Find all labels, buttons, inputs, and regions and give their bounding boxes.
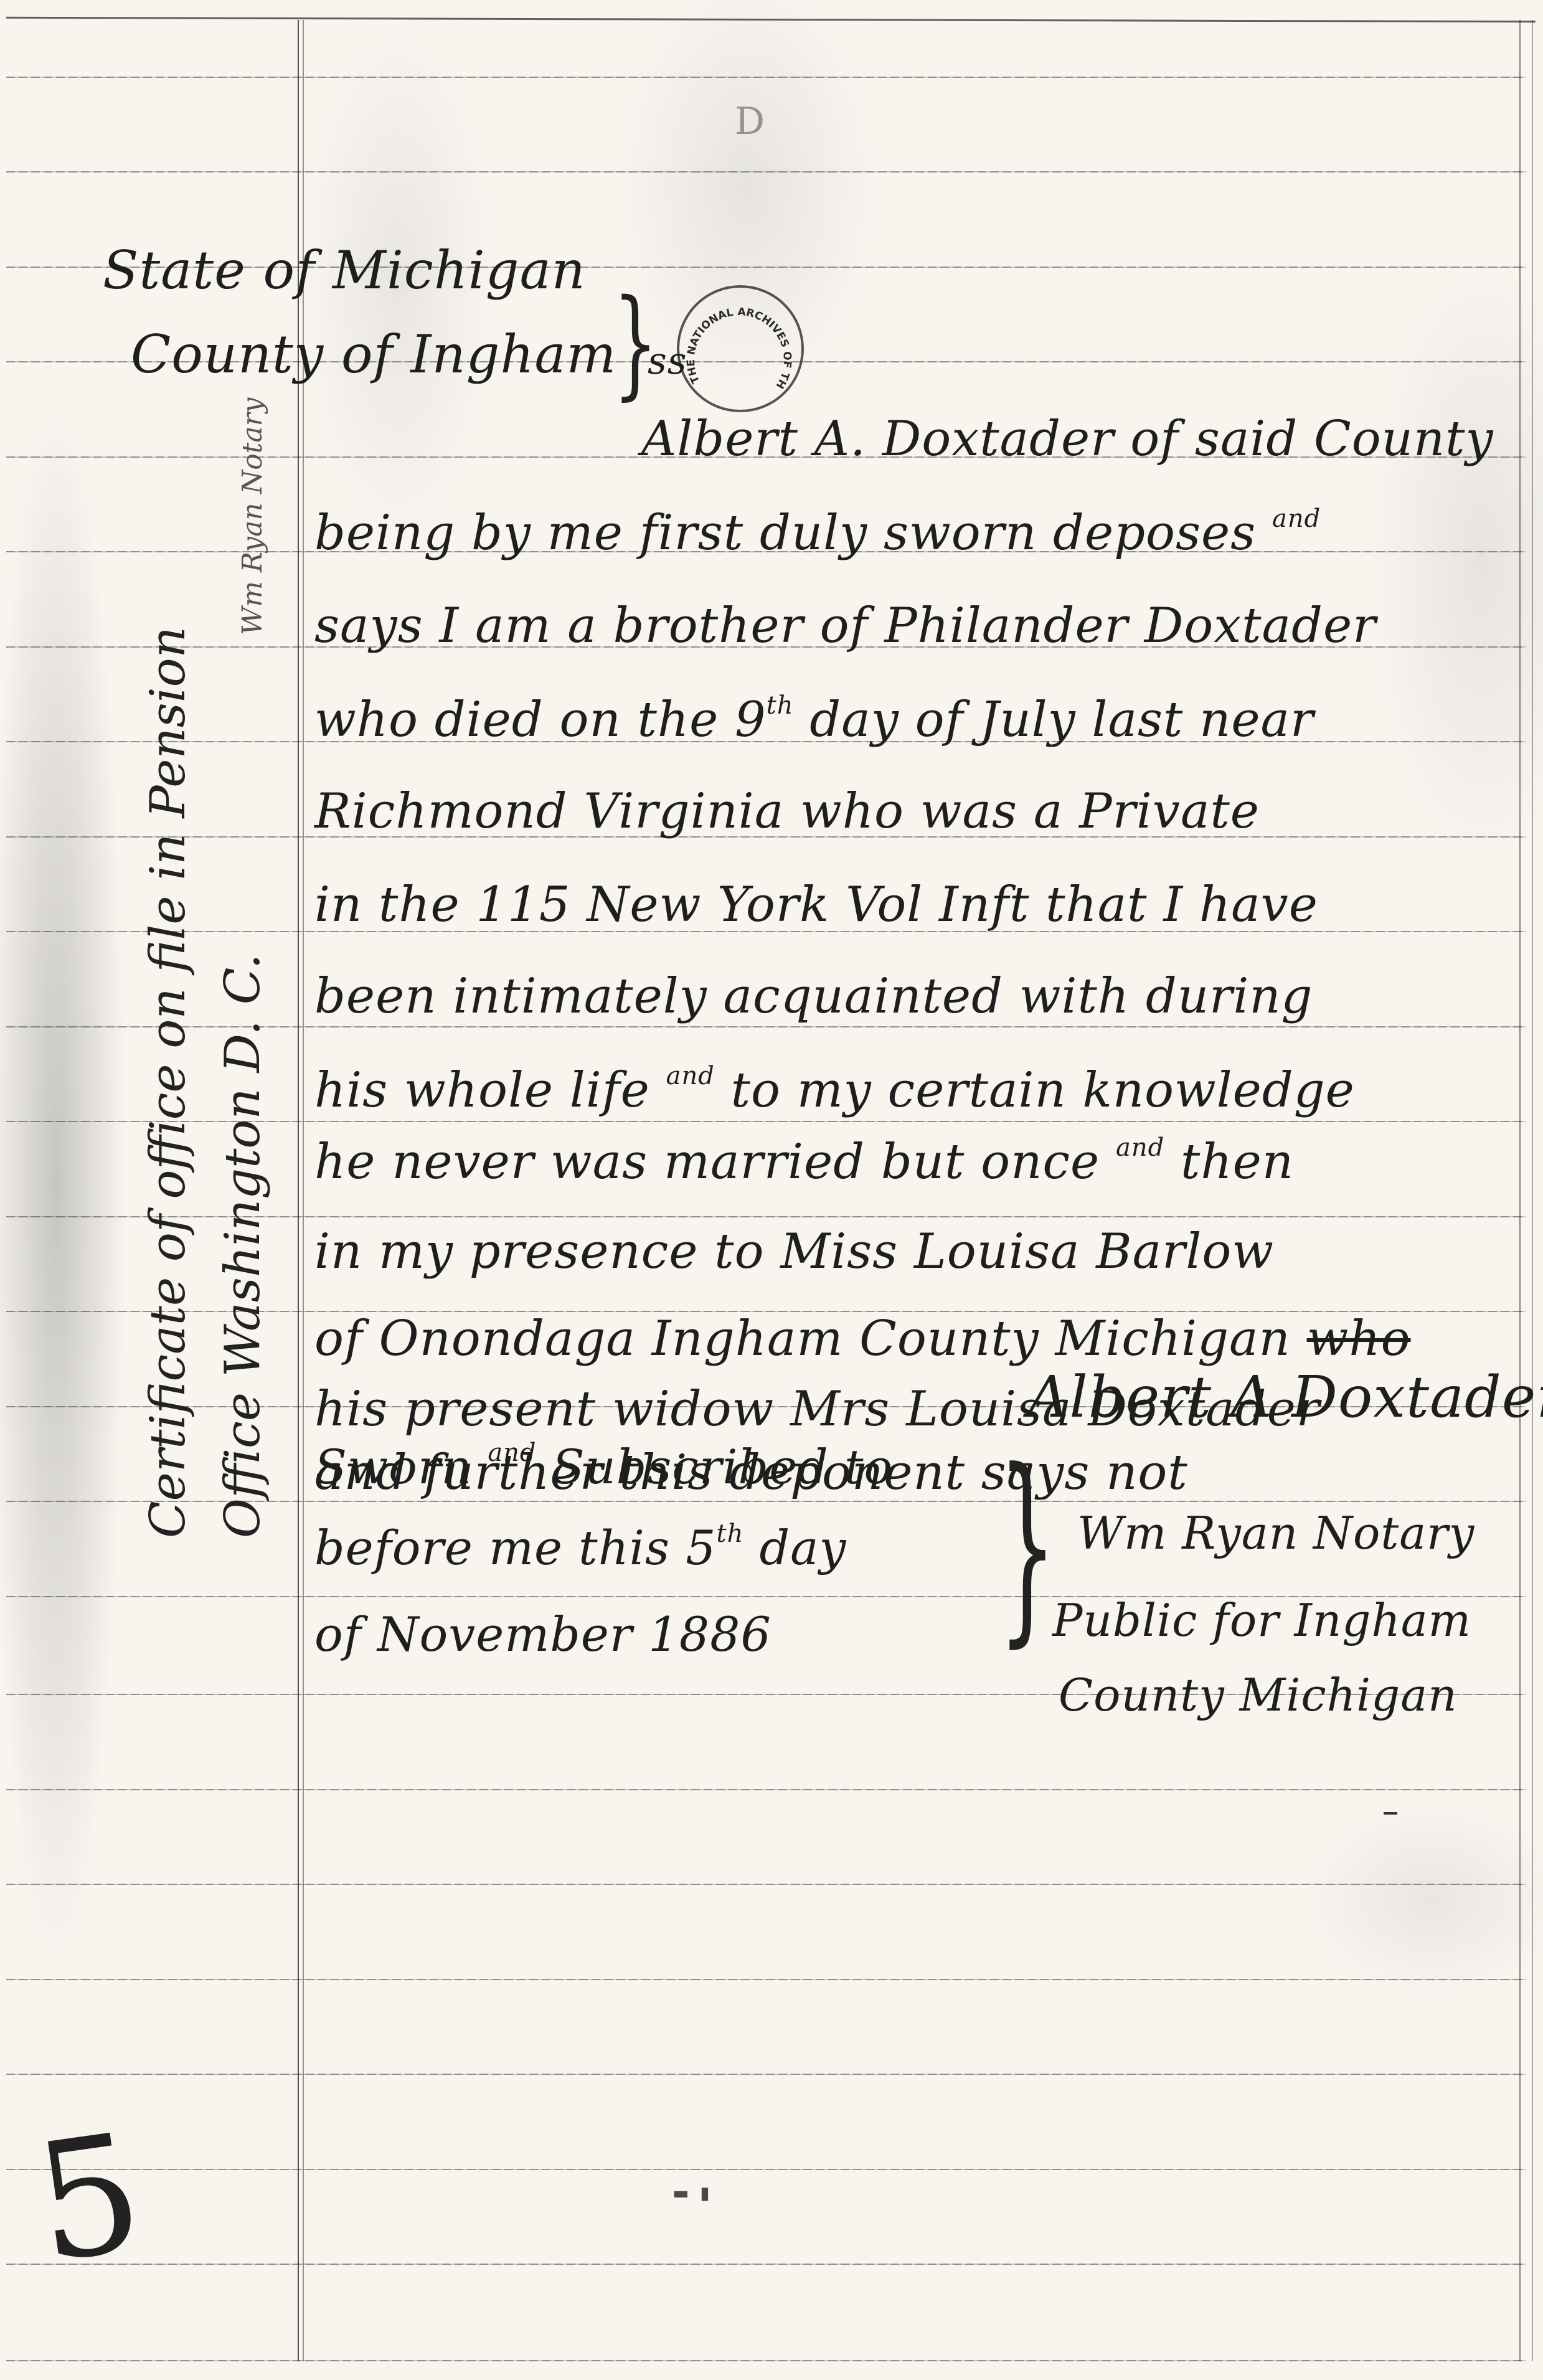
notary-line-2: Public for Ingham: [1052, 1594, 1471, 1646]
venue-state: State of Michigan: [103, 240, 586, 301]
top-edge-rule: [6, 17, 1536, 22]
ruled-line: [6, 2169, 1526, 2170]
jurat-line-2: before me this 5th day: [314, 1519, 846, 1575]
right-border-line: [1519, 20, 1521, 2361]
body-line-8-text-a: his whole life: [314, 1062, 666, 1118]
body-line-9: he never was married but once and then: [314, 1133, 1294, 1190]
body-line-11-text: of Onondaga Ingham County Michigan: [314, 1311, 1307, 1367]
body-line-9-sup: and: [1116, 1133, 1164, 1162]
jurat-line-2-b: day: [743, 1520, 846, 1575]
top-faint-mark: D: [735, 100, 765, 143]
ruled-line: [6, 77, 1526, 78]
struck-word: who: [1307, 1311, 1411, 1367]
body-line-3: says I am a brother of Philander Doxtade…: [314, 598, 1376, 654]
body-line-10: in my presence to Miss Louisa Barlow: [314, 1224, 1274, 1280]
jurat-brace: }: [998, 1426, 1057, 1665]
body-line-9-text-a: he never was married but once: [314, 1134, 1116, 1190]
ruled-line: [6, 1979, 1526, 1980]
notary-line-1: Wm Ryan Notary: [1077, 1507, 1475, 1559]
jurat-line-2-a: before me this 5: [314, 1520, 717, 1575]
page-number: 5: [25, 2099, 153, 2299]
jurat-line-1-sup: and: [488, 1438, 536, 1467]
body-line-2: being by me first duly sworn deposes and: [314, 504, 1321, 561]
jurat-line-1-a: Sworn: [314, 1439, 488, 1495]
body-line-4-text-b: day of July last near: [794, 692, 1314, 748]
body-line-4-text-a: who died on the 9: [314, 692, 767, 748]
ruled-line: [6, 2074, 1526, 2075]
svg-text:THE NATIONAL ARCHIVES OF THE U: THE NATIONAL ARCHIVES OF THE UNITED STAT…: [677, 285, 793, 391]
body-line-2-sup: and: [1272, 504, 1321, 533]
body-line-9-text-b: then: [1164, 1134, 1294, 1190]
stamp-seal-icon: THE NATIONAL ARCHIVES OF THE UNITED STAT…: [677, 285, 799, 407]
margin-note-line-3: Wm Ryan Notary: [237, 398, 268, 636]
margin-note-line-2: Office Washington D. C.: [215, 954, 271, 1538]
jurat-line-2-sup: th: [717, 1519, 744, 1548]
bottom-center-mark: ▬ ▮: [672, 2183, 712, 2203]
stray-dash-mark: [1384, 1812, 1397, 1815]
body-line-2-text: being by me first duly sworn deposes: [314, 505, 1256, 561]
body-line-7: been intimately acquainted with during: [314, 968, 1313, 1024]
jurat-line-1: Sworn and Subscribed to: [314, 1438, 893, 1495]
archives-stamp: THE NATIONAL ARCHIVES OF THE UNITED STAT…: [677, 285, 804, 412]
venue-county: County of Ingham: [131, 324, 616, 385]
body-line-8: his whole life and to my certain knowled…: [314, 1062, 1355, 1118]
body-line-1: Albert A. Doxtader of said County: [641, 411, 1494, 467]
deponent-signature: Albert A Doxtader: [1027, 1364, 1543, 1430]
ruled-line: [6, 1789, 1526, 1790]
jurat-line-3: of November 1886: [314, 1607, 771, 1662]
body-line-8-sup: and: [666, 1062, 715, 1090]
notary-line-3: County Michigan: [1059, 1669, 1458, 1721]
body-line-8-text-b: to my certain knowledge: [715, 1062, 1355, 1118]
jurat-line-1-b: Subscribed to: [537, 1439, 894, 1495]
document-page: D State of Michigan County of Ingham } s…: [0, 0, 1543, 2380]
ruled-line: [6, 1884, 1526, 1885]
body-line-4-sup: th: [767, 691, 794, 720]
body-line-5: Richmond Virginia who was a Private: [314, 783, 1260, 839]
ruled-line: [6, 2360, 1526, 2361]
right-border-line: [1532, 20, 1533, 2361]
ruled-line: [6, 171, 1526, 172]
ruled-line: [6, 2264, 1526, 2265]
body-line-4: who died on the 9th day of July last nea…: [314, 691, 1314, 748]
margin-note-line-1: Certificate of office on file in Pension: [140, 626, 196, 1538]
body-line-6: in the 115 New York Vol Inft that I have: [314, 877, 1318, 933]
body-line-11: of Onondaga Ingham County Michigan who: [314, 1311, 1411, 1367]
